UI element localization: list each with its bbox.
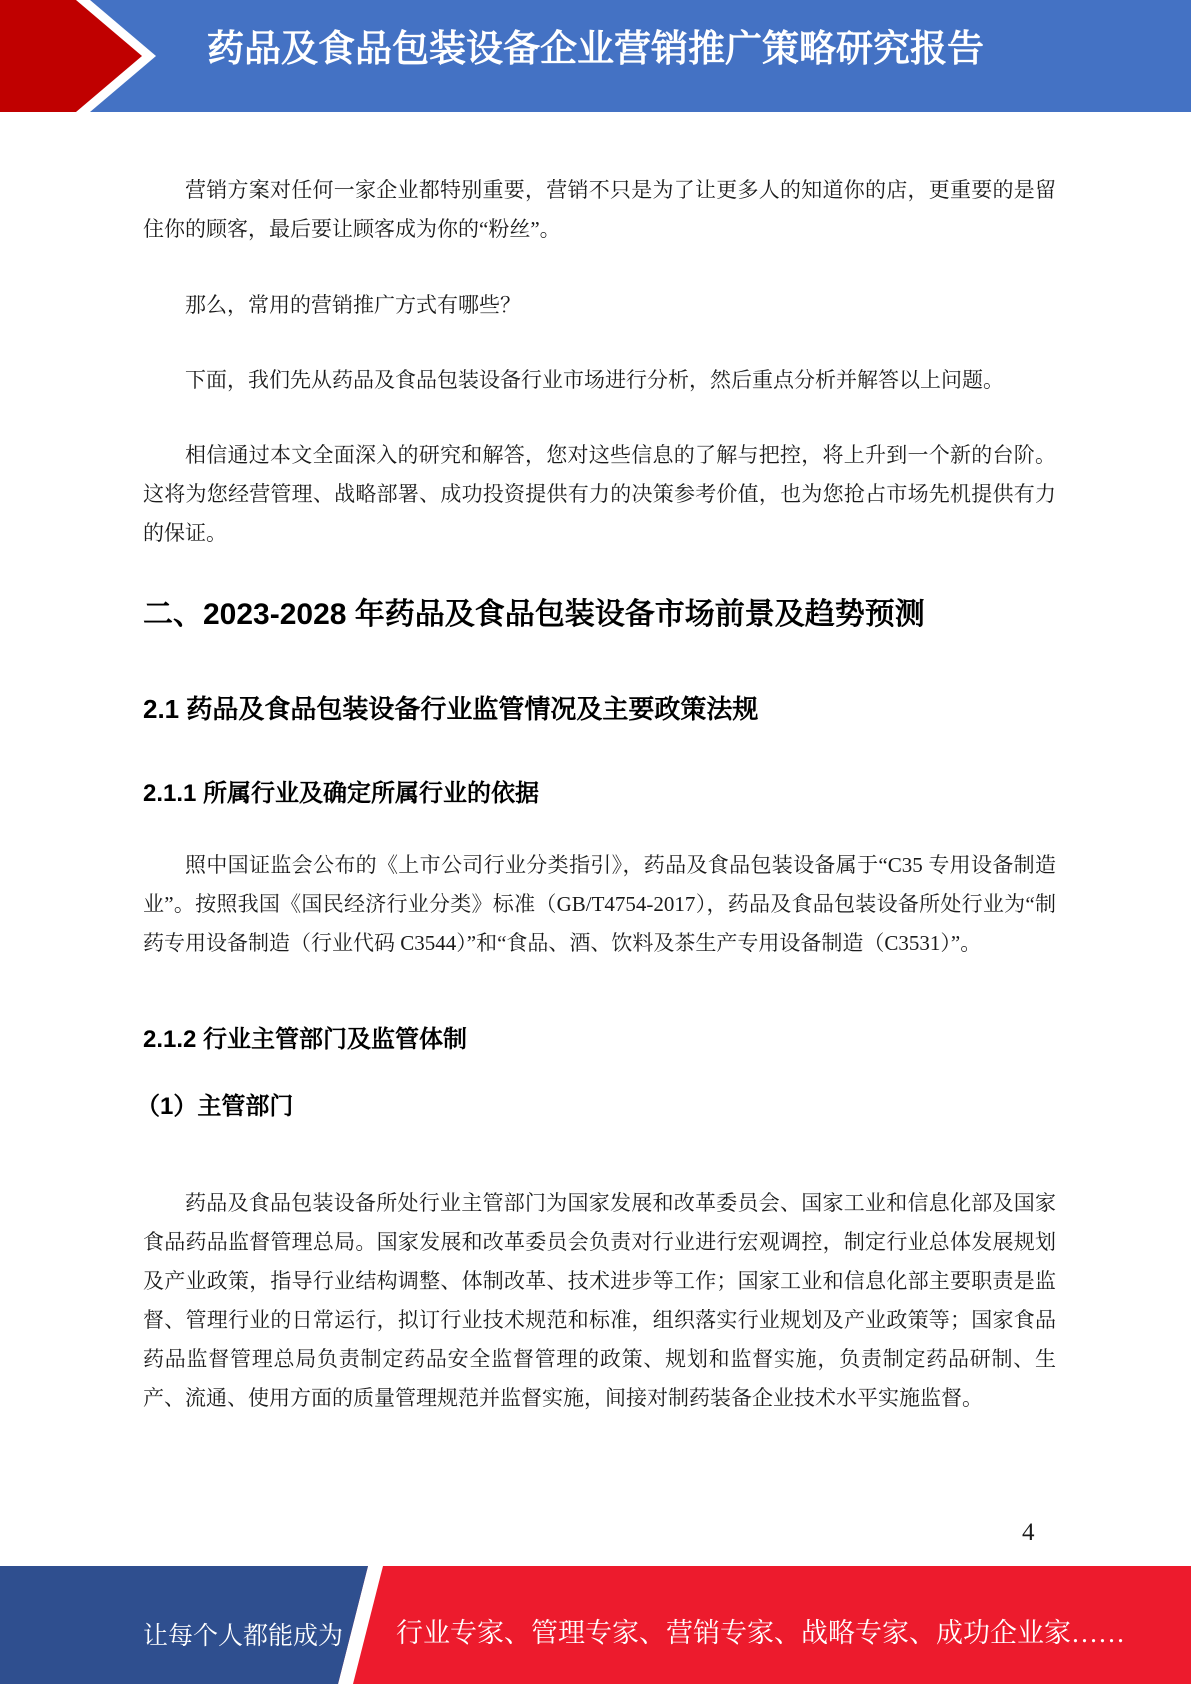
intro-paragraph-2: 那么，常用的营销推广方式有哪些？: [143, 286, 1056, 325]
section-heading-2-1-1: 2.1.1 所属行业及确定所属行业的依据: [143, 780, 1103, 809]
section-heading-2-1: 2.1 药品及食品包装设备行业监管情况及主要政策法规: [143, 694, 1103, 725]
footer-slogan-left: 让每个人都能成为: [143, 1623, 343, 1651]
document-page: 药品及食品包装设备企业营销推广策略研究报告 营销方案对任何一家企业都特别重要，营…: [0, 0, 1191, 1684]
regulator-paragraph: 药品及食品包装设备所处行业主管部门为国家发展和改革委员会、国家工业和信息化部及国…: [143, 1184, 1056, 1418]
intro-paragraph-3: 下面，我们先从药品及食品包装设备行业市场进行分析，然后重点分析并解答以上问题。: [143, 361, 1056, 400]
page-title: 药品及食品包装设备企业营销推广策略研究报告: [0, 27, 1191, 71]
industry-classification-paragraph: 照中国证监会公布的《上市公司行业分类指引》，药品及食品包装设备属于“C35 专用…: [143, 846, 1056, 963]
section-heading-chapter2: 二、2023-2028 年药品及食品包装设备市场前景及趋势预测: [143, 597, 1103, 633]
page-header: 药品及食品包装设备企业营销推广策略研究报告: [0, 0, 1191, 112]
section-heading-2-1-2: 2.1.2 行业主管部门及监管体制: [143, 1026, 1103, 1055]
footer-slogan-right: 行业专家、管理专家、营销专家、战略专家、成功企业家……: [396, 1619, 1125, 1649]
subsection-heading-competent-department: （1）主管部门: [136, 1093, 1096, 1122]
page-footer: 让每个人都能成为 行业专家、管理专家、营销专家、战略专家、成功企业家……: [0, 1566, 1191, 1684]
intro-paragraph-1: 营销方案对任何一家企业都特别重要，营销不只是为了让更多人的知道你的店，更重要的是…: [143, 171, 1056, 249]
page-number: 4: [1022, 1518, 1035, 1548]
intro-paragraph-4: 相信通过本文全面深入的研究和解答，您对这些信息的了解与把控，将上升到一个新的台阶…: [143, 436, 1056, 553]
